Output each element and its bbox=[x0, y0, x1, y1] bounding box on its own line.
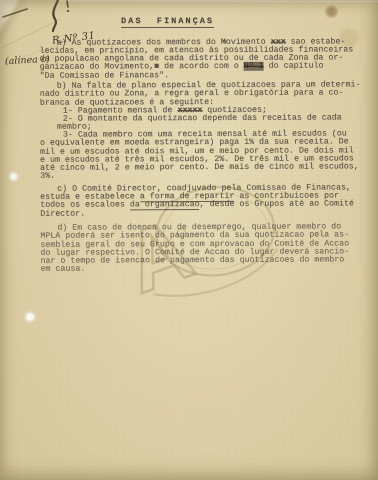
paragraph-b: b) Na falta de plano especial de quotiza… bbox=[40, 82, 374, 108]
ink-stain bbox=[324, 5, 339, 18]
text-line: até cinco mil, 2 e meio por cento. De ma… bbox=[40, 163, 374, 173]
text-line: 3%. bbox=[40, 171, 374, 181]
paragraph-c: c) O Comité Director, coadjuvado pela Co… bbox=[40, 184, 374, 218]
text-line: "Da Comissao de Financas". bbox=[40, 71, 374, 81]
text-line: Director. bbox=[40, 209, 374, 219]
punch-hole bbox=[25, 312, 35, 322]
text-line: todos os escaloes da organizacao, desde … bbox=[40, 201, 374, 211]
text-line: nar o tempo de isencao de pagamento das … bbox=[40, 256, 374, 266]
paragraph-a: a) As quotizacoes dos membros do Movimen… bbox=[39, 38, 373, 80]
text-segment: , desde os Grupos até ao Comité bbox=[200, 200, 354, 210]
text-line: em causa. bbox=[40, 264, 374, 274]
paragraph-d: d) Em caso de doenca ou de desemprego, q… bbox=[40, 224, 374, 274]
page-title: DAS FINANÇAS bbox=[121, 16, 214, 28]
text-segment: do capítulo bbox=[264, 62, 324, 71]
punch-hole bbox=[9, 172, 18, 181]
underlined-text: da organizacao bbox=[130, 201, 200, 211]
typewritten-body: a) As quotizacoes dos membros do Movimen… bbox=[39, 38, 374, 274]
scanned-document-page: A DAS FINANÇAS R.Nº 31 (alínea c) a) As … bbox=[0, 0, 378, 480]
list-item-3: 3- Cada membro com uma receita mensal at… bbox=[40, 130, 374, 180]
torn-top-edge bbox=[58, 0, 378, 3]
crossed-out-text: Nº 1 bbox=[244, 62, 264, 71]
